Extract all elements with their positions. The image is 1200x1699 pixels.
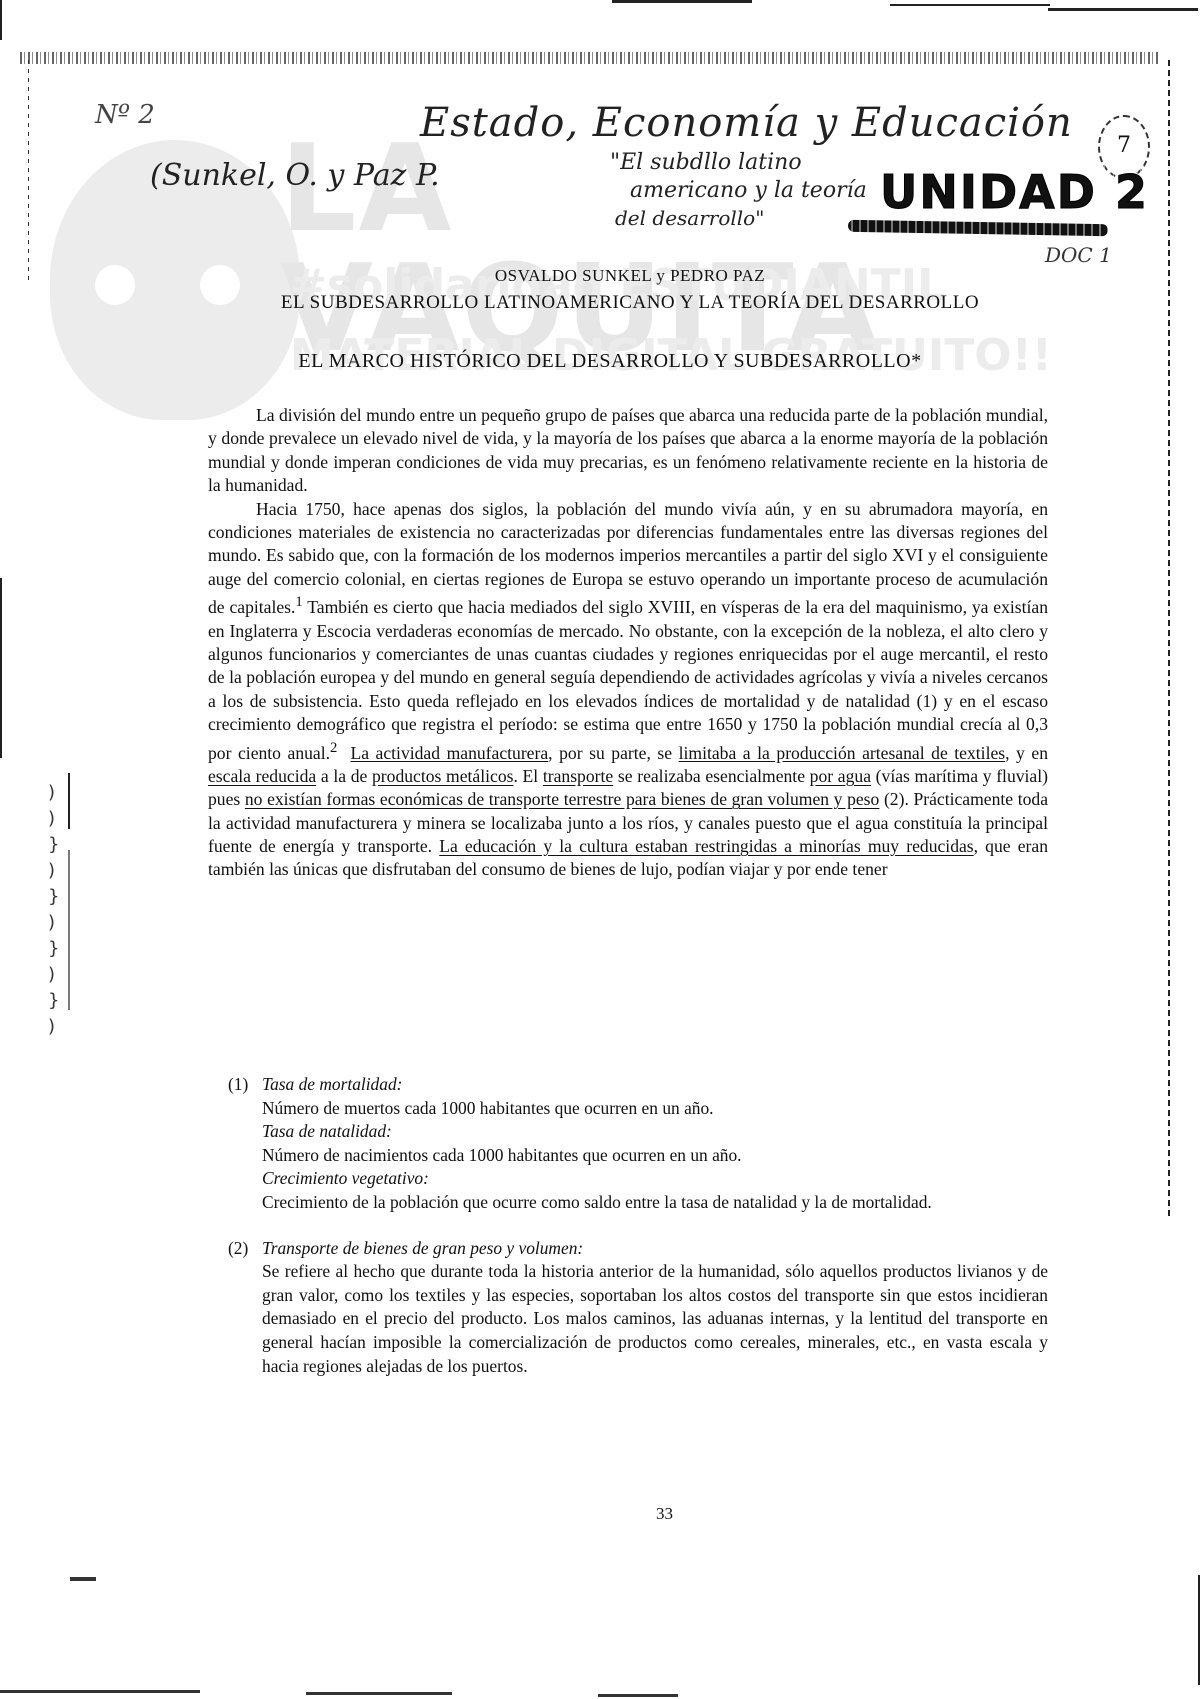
glossary-notes: (1) Tasa de mortalidad: Número de muerto… [228, 1073, 1048, 1400]
text-segment: . El [513, 766, 542, 786]
underlined-phrase: escala reducida [208, 766, 316, 786]
margin-scribbles: ))})})})}) [48, 780, 59, 1040]
note-definition: Se refiere al hecho que durante toda la … [262, 1260, 1048, 1378]
underlined-phrase: por agua [810, 766, 871, 786]
underlined-phrase: productos metálicos [372, 766, 513, 786]
note-definition: Crecimiento de la población que ocurre c… [262, 1191, 1048, 1215]
scan-left-margin-bar [0, 578, 2, 758]
note-2: (2) Transporte de bienes de gran peso y … [228, 1237, 1048, 1379]
note-1: (1) Tasa de mortalidad: Número de muerto… [228, 1073, 1048, 1215]
scan-noise-band [20, 52, 1160, 64]
text-segment: se realizaba esencialmente [613, 766, 809, 786]
note-content: Transporte de bienes de gran peso y volu… [262, 1237, 1048, 1379]
paragraph-2: Hacia 1750, hace apenas dos siglos, la p… [208, 498, 1048, 882]
underlined-phrase: limitaba a la producción artesanal de te… [679, 742, 1006, 762]
scan-edge-top-2 [890, 4, 1050, 6]
scan-edge-bottom-mark [70, 1577, 96, 1581]
scan-left-margin-bar-2 [68, 773, 70, 829]
handwritten-subtitle-line1: "El subdllo latino [610, 150, 802, 175]
scan-edge-bottom-3 [598, 1694, 678, 1697]
note-term: Transporte de bienes de gran peso y volu… [262, 1237, 1048, 1261]
underlined-phrase: no existían formas económicas de transpo… [245, 789, 879, 809]
note-content: Tasa de mortalidad: Número de muertos ca… [262, 1073, 1048, 1215]
note-term: Tasa de mortalidad: [262, 1073, 1048, 1097]
scan-left-border [28, 60, 29, 280]
text-segment: a la de [316, 766, 372, 786]
underlined-phrase: transporte [543, 766, 613, 786]
note-number: (1) [228, 1073, 262, 1215]
note-term: Tasa de natalidad: [262, 1120, 1048, 1144]
text-segment: , por su parte, se [548, 742, 678, 762]
stamp-underline-bar [848, 220, 1108, 237]
book-title: EL SUBDESARROLLO LATINOAMERICANO Y LA TE… [140, 292, 1120, 314]
scan-edge-bottom-1 [0, 1690, 200, 1693]
scan-edge-left [0, 0, 2, 40]
page-number: 33 [656, 1504, 673, 1524]
handwritten-scribble: Nº 2 [95, 100, 155, 130]
article-authors: OSVALDO SUNKEL y PEDRO PAZ [180, 266, 1080, 286]
handwritten-title: Estado, Economía y Educación [420, 100, 1073, 146]
scan-edge-top-1 [612, 0, 752, 3]
chapter-title: EL MARCO HISTÓRICO DEL DESARROLLO Y SUBD… [150, 350, 1070, 373]
unit-stamp: UNIDAD 2 [880, 165, 1149, 219]
note-term: Crecimiento vegetativo: [262, 1167, 1048, 1191]
underlined-phrase: La educación y la cultura estaban restri… [439, 836, 973, 856]
handwritten-subtitle-line2: americano y la teoría [630, 178, 867, 203]
scan-edge-bottom-2 [306, 1692, 452, 1695]
paragraph-2-part-2: También es cierto que hacia mediados del… [208, 597, 1048, 762]
footnote-ref-1: 1 [295, 594, 302, 610]
handwritten-doc-label: DOC 1 [1045, 243, 1112, 267]
note-number: (2) [228, 1237, 262, 1379]
underlined-phrase: La actividad manufacturera [350, 742, 548, 762]
note-definition: Número de nacimientos cada 1000 habitant… [262, 1144, 1048, 1168]
footnote-ref-2: 2 [330, 740, 337, 756]
text-segment: , y en [1005, 742, 1048, 762]
body-text: La división del mundo entre un pequeño g… [208, 404, 1048, 882]
scan-right-border [1168, 60, 1170, 1220]
note-definition: Número de muertos cada 1000 habitantes q… [262, 1097, 1048, 1121]
scan-left-margin-bar-3 [68, 850, 70, 1010]
paragraph-1: La división del mundo entre un pequeño g… [208, 404, 1048, 498]
handwritten-author: (Sunkel, O. y Paz P. [150, 158, 440, 193]
handwritten-subtitle-line3: del desarrollo" [615, 206, 764, 230]
scan-edge-top-3 [1048, 8, 1198, 11]
